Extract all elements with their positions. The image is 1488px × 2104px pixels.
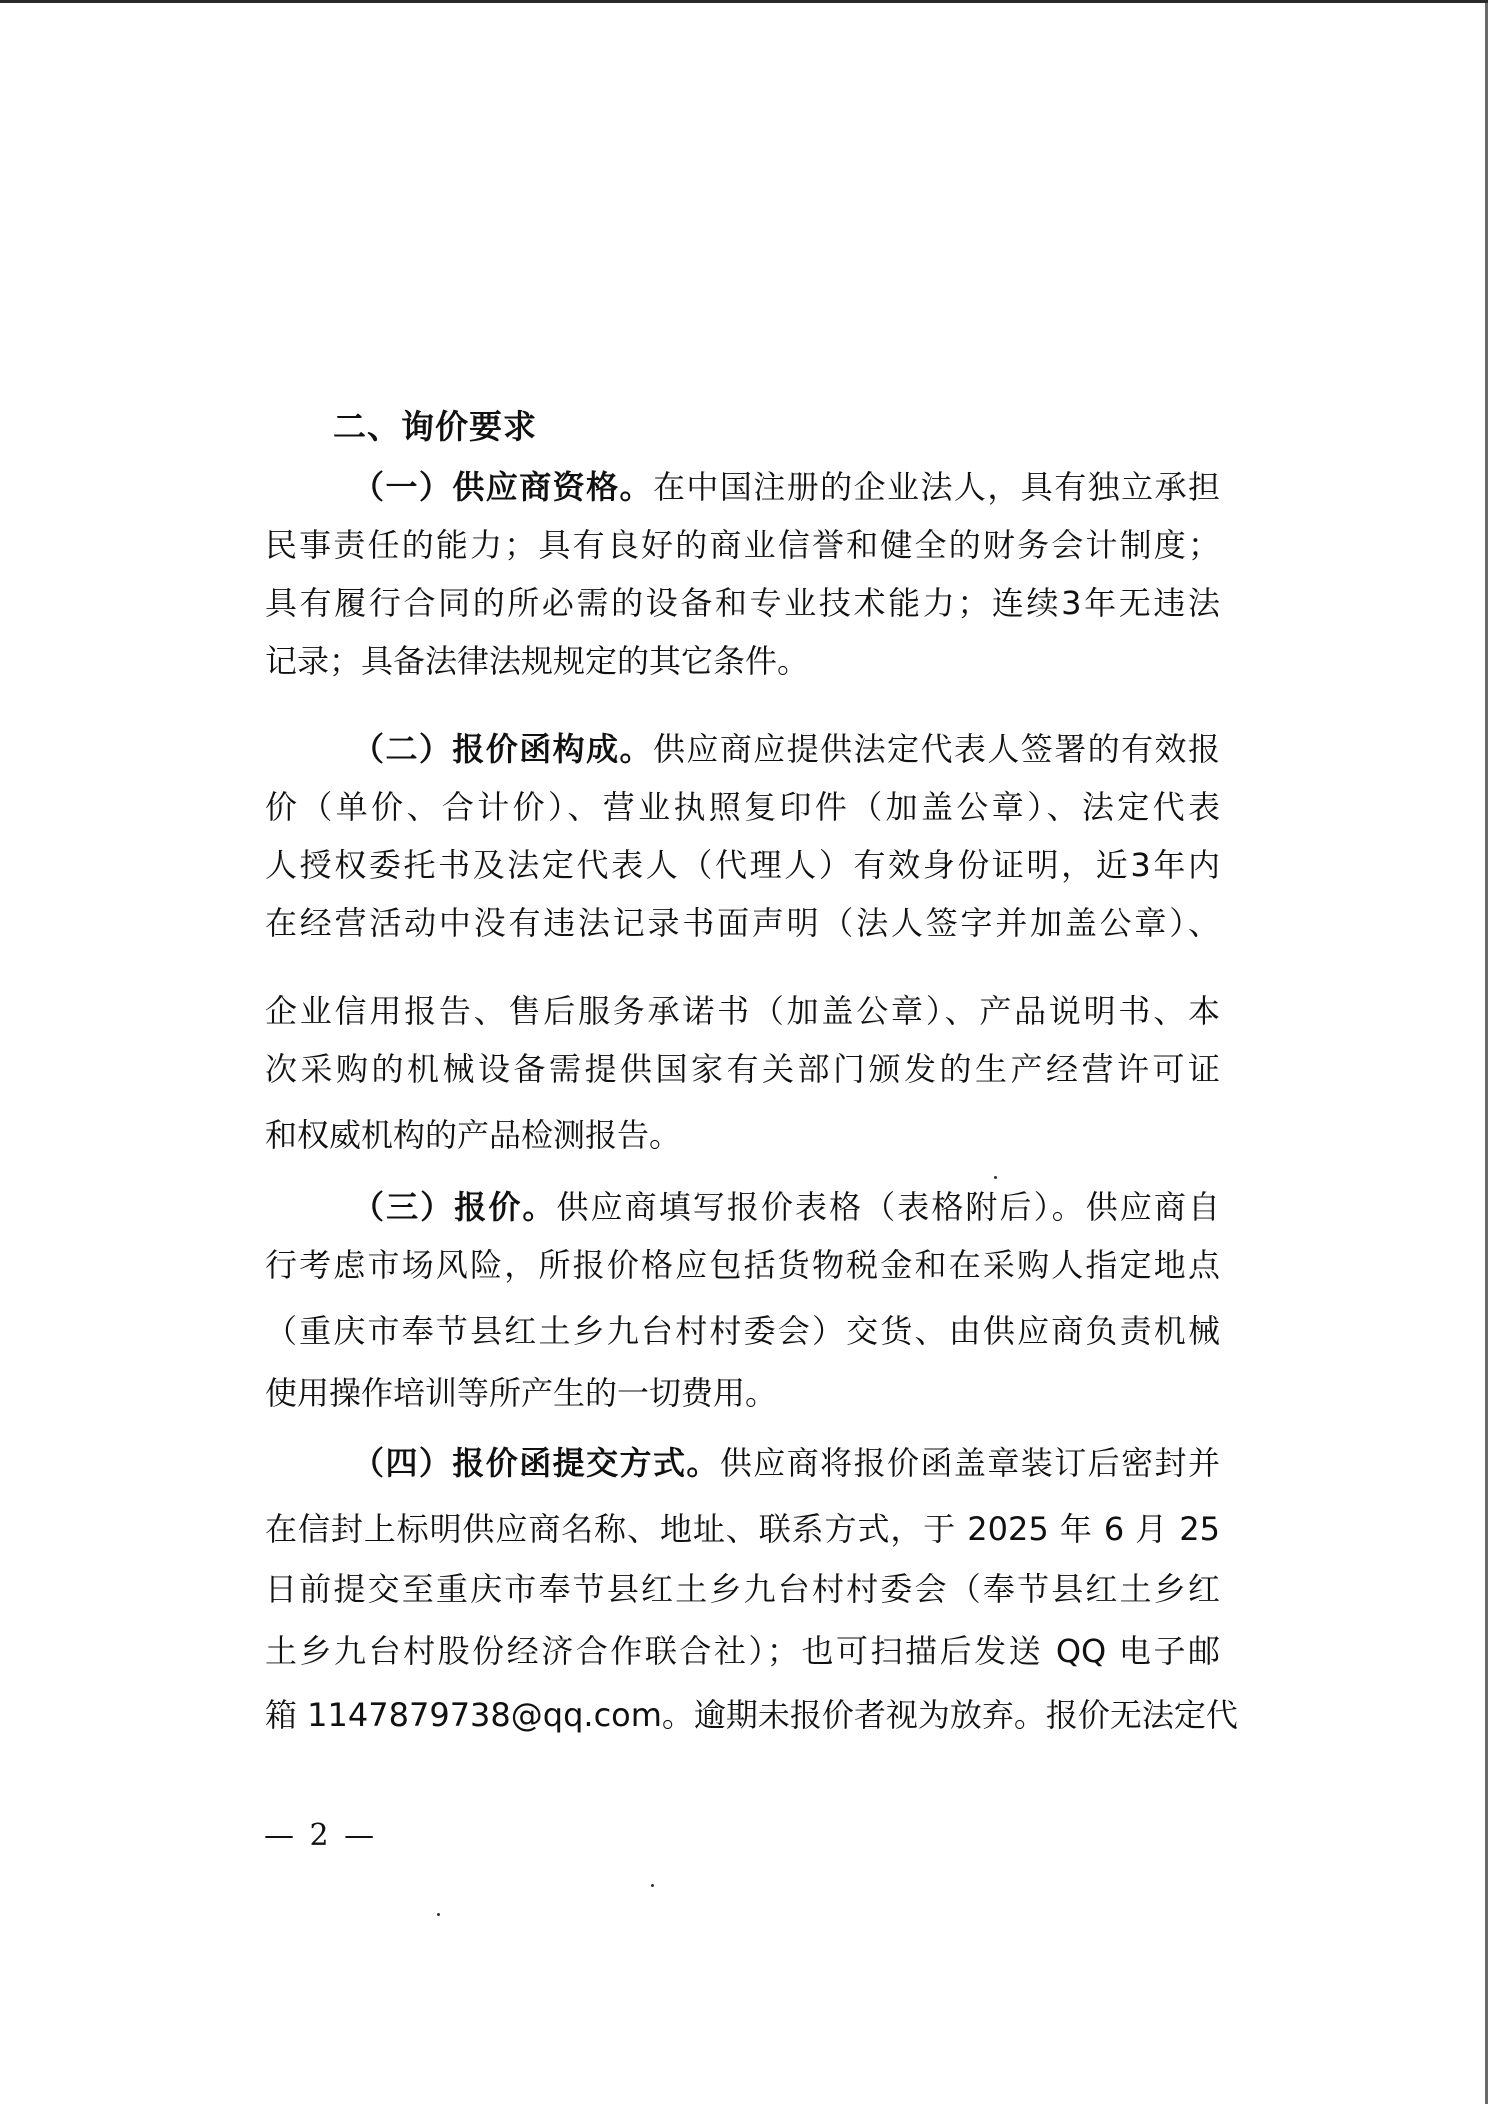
paragraph-3-line-4: 使用操作培训等所产生的一切费用。: [265, 1371, 1220, 1415]
paragraph-4-line-4: 土乡九台村股份经济合作联合社）；也可扫描后发送 QQ 电子邮: [265, 1629, 1220, 1673]
paragraph-4-line-1: （四）报价函提交方式。供应商将报价函盖章装订后密封并: [352, 1441, 1220, 1485]
paragraph-2-line-4: 在经营活动中没有违法记录书面声明（法人签字并加盖公章）、: [265, 901, 1220, 945]
paragraph-3-line-2: 行考虑市场风险，所报价格应包括货物税金和在采购人指定地点: [265, 1243, 1220, 1287]
paragraph-4-line-5: 箱 1147879738@qq.com。逾期未报价者视为放弃。报价无法定代: [265, 1693, 1220, 1737]
paragraph-1-line-4: 记录；具备法律法规规定的其它条件。: [265, 639, 1220, 683]
scan-speck: [651, 1884, 654, 1887]
paragraph-2-line-7: 和权威机构的产品检测报告。: [265, 1113, 1220, 1157]
paragraph-2-line-6: 次采购的机械设备需提供国家有关部门颁发的生产经营许可证: [265, 1047, 1220, 1091]
paragraph-text: 供应商填写报价表格（表格附后）。供应商自: [556, 1188, 1220, 1226]
paragraph-4-title: （四）报价函提交方式。: [352, 1444, 720, 1482]
paragraph-1-line-3: 具有履行合同的所必需的设备和专业技术能力；连续3年无违法: [265, 581, 1220, 625]
paragraph-3-title: （三）报价。: [352, 1188, 556, 1226]
scan-speck: [437, 1913, 440, 1916]
paragraph-4-line-3: 日前提交至重庆市奉节县红土乡九台村村委会（奉节县红土乡红: [265, 1567, 1220, 1611]
paragraph-3-line-3: （重庆市奉节县红土乡九台村村委会）交货、由供应商负责机械: [265, 1309, 1220, 1353]
paragraph-1-title: （一）供应商资格。: [352, 468, 653, 506]
paragraph-1-line-2: 民事责任的能力；具有良好的商业信誉和健全的财务会计制度；: [265, 523, 1220, 567]
section-heading: 二、询价要求: [333, 405, 537, 449]
paragraph-1-line-1: （一）供应商资格。在中国注册的企业法人，具有独立承担: [352, 465, 1220, 509]
paragraph-text: 供应商应提供法定代表人签署的有效报: [653, 730, 1220, 768]
paragraph-2-line-2: 价（单价、合计价）、营业执照复印件（加盖公章）、法定代表: [265, 785, 1220, 829]
document-page: 二、询价要求 （一）供应商资格。在中国注册的企业法人，具有独立承担 民事责任的能…: [0, 0, 1488, 2104]
scan-speck: [994, 1176, 997, 1179]
paragraph-text: 在中国注册的企业法人，具有独立承担: [653, 468, 1220, 506]
paragraph-2-line-5: 企业信用报告、售后服务承诺书（加盖公章）、产品说明书、本: [265, 989, 1220, 1033]
paragraph-3-line-1: （三）报价。供应商填写报价表格（表格附后）。供应商自: [352, 1185, 1220, 1229]
page-number: — 2 —: [264, 1816, 374, 1856]
paragraph-2-line-3: 人授权委托书及法定代表人（代理人）有效身份证明，近3年内: [265, 843, 1220, 887]
paragraph-text: 供应商将报价函盖章装订后密封并: [720, 1444, 1220, 1482]
paragraph-2-line-1: （二）报价函构成。供应商应提供法定代表人签署的有效报: [352, 727, 1220, 771]
paragraph-2-title: （二）报价函构成。: [352, 730, 653, 768]
paragraph-4-line-2: 在信封上标明供应商名称、地址、联系方式，于 2025 年 6 月 25: [265, 1507, 1220, 1551]
